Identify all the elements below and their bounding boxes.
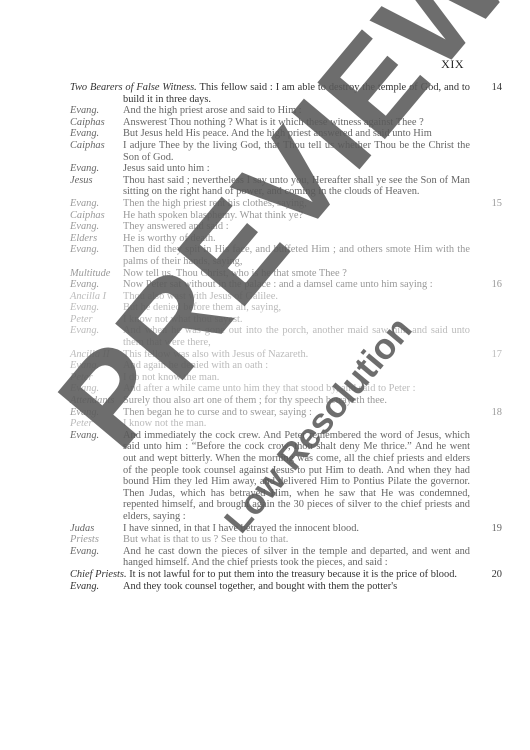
libretto-entry: Ancilla IThou also wast with Jesus of Ga… (70, 291, 470, 303)
libretto-entry: Two Bearers of False Witness. This fello… (70, 82, 470, 105)
entry-text: This fellow was also with Jesus of Nazar… (123, 349, 470, 361)
libretto-entry: Evang.And they took counsel together, an… (70, 581, 470, 593)
speaker-label: Evang. (70, 581, 123, 593)
speaker-label: Evang. (70, 407, 123, 419)
speaker-label: Elders (70, 233, 123, 245)
libretto-entry: Evang.And after a while came unto him th… (70, 383, 470, 395)
speaker-label: Peter (70, 314, 123, 326)
speaker-label: Evang. (70, 105, 123, 117)
libretto-entry: Evang.They answered and said : (70, 221, 470, 233)
libretto-text: Two Bearers of False Witness. This fello… (70, 82, 470, 592)
libretto-entry: Ancilla IIThis fellow was also with Jesu… (70, 349, 470, 361)
entry-text: And he cast down the pieces of silver in… (123, 546, 470, 569)
verse-number: 16 (492, 279, 502, 291)
entry-text: I know not what thou sayest. (123, 314, 470, 326)
entry-text: Thou hast said ; nevertheless I say unto… (123, 175, 470, 198)
libretto-entry: PriestsBut what is that to us ? See thou… (70, 534, 470, 546)
speaker-label: Attendants (70, 395, 123, 407)
speaker-label: Peter (70, 372, 123, 384)
libretto-entry: CaiphasI adjure Thee by the living God, … (70, 140, 470, 163)
entry-text: Jesus said unto him : (123, 163, 470, 175)
entry-text: And immediately the cock crew. And Peter… (123, 430, 470, 523)
speaker-label: Evang. (70, 383, 123, 395)
libretto-entry: Evang.Jesus said unto him : (70, 163, 470, 175)
speaker-label: Evang. (70, 279, 123, 291)
entry-text: Answerest Thou nothing ? What is it whic… (123, 117, 470, 129)
verse-number: 17 (492, 349, 502, 361)
libretto-entry: EldersHe is worthy of death. (70, 233, 470, 245)
speaker-label: Peter (70, 418, 123, 430)
verse-number: 20 (492, 569, 502, 581)
speaker-label: Multitude (70, 268, 123, 280)
entry-text: Then did they spit in His face, and buff… (123, 244, 470, 267)
libretto-entry: Evang.And again he denied with an oath : (70, 360, 470, 372)
entry-heading: Two Bearers of False Witness. (70, 82, 197, 93)
entry-text: He is worthy of death. (123, 233, 470, 245)
libretto-entry: Evang.And when he was gone out into the … (70, 325, 470, 348)
speaker-label: Caiphas (70, 140, 123, 163)
entry-text: Now tell us, Thou Christ, who is he that… (123, 268, 470, 280)
entry-text: And the high priest arose and said to Hi… (123, 105, 470, 117)
entry-text: And again he denied with an oath : (123, 360, 470, 372)
entry-text: They answered and said : (123, 221, 470, 233)
speaker-label: Evang. (70, 163, 123, 175)
libretto-entry: PeterI know not the man. (70, 418, 470, 430)
speaker-label: Ancilla II (70, 349, 123, 361)
libretto-entry: Chief Priests.Chief Priests. It is not l… (70, 569, 470, 581)
libretto-entry: Evang.Then began he to curse and to swea… (70, 407, 470, 419)
entry-text: He hath spoken blasphemy. What think ye? (123, 210, 470, 222)
verse-number: 19 (492, 523, 502, 535)
speaker-label: Evang. (70, 198, 123, 210)
libretto-entry: Evang.Now Peter sat without in the palac… (70, 279, 470, 291)
speaker-label: Evang. (70, 360, 123, 372)
entry-text: And they took counsel together, and boug… (123, 581, 470, 593)
entry-text: But what is that to us ? See thou to tha… (123, 534, 470, 546)
libretto-entry: Evang.But Jesus held His peace. And the … (70, 128, 470, 140)
libretto-entry: CaiphasHe hath spoken blasphemy. What th… (70, 210, 470, 222)
libretto-entry: Evang.And he cast down the pieces of sil… (70, 546, 470, 569)
speaker-label: Evang. (70, 325, 123, 348)
libretto-entry: Evang.But he denied before them all, say… (70, 302, 470, 314)
libretto-entry: JesusThou hast said ; nevertheless I say… (70, 175, 470, 198)
libretto-entry: CaiphasAnswerest Thou nothing ? What is … (70, 117, 470, 129)
entry-text: And after a while came unto him they tha… (123, 383, 470, 395)
entry-heading: Chief Priests. (70, 569, 127, 580)
page-number: XIX (441, 57, 464, 72)
entry-text: Chief Priests. It is not lawful for to p… (70, 569, 470, 581)
speaker-label: Judas (70, 523, 123, 535)
speaker-label: Evang. (70, 244, 123, 267)
entry-text: Surely thou also art one of them ; for t… (123, 395, 470, 407)
entry-text: Then the high priest rent his clothes, s… (123, 198, 470, 210)
speaker-label: Evang. (70, 430, 123, 523)
libretto-entry: PeterI know not what thou sayest. (70, 314, 470, 326)
entry-text: But Jesus held His peace. And the high p… (123, 128, 470, 140)
verse-number: 18 (492, 407, 502, 419)
entry-text: Now Peter sat without in the palace : an… (123, 279, 470, 291)
speaker-label: Ancilla I (70, 291, 123, 303)
entry-text: Thou also wast with Jesus of Galilee. (123, 291, 470, 303)
entry-text: I adjure Thee by the living God, that Th… (123, 140, 470, 163)
libretto-entry: AttendantsSurely thou also art one of th… (70, 395, 470, 407)
libretto-entry: PeterI do not know the man. (70, 372, 470, 384)
speaker-label: Priests (70, 534, 123, 546)
entry-text: I do not know the man. (123, 372, 470, 384)
libretto-entry: Evang.Then did they spit in His face, an… (70, 244, 470, 267)
speaker-label: Evang. (70, 302, 123, 314)
libretto-entry: Evang.Then the high priest rent his clot… (70, 198, 470, 210)
speaker-label: Jesus (70, 175, 123, 198)
entry-text: I know not the man. (123, 418, 470, 430)
libretto-entry: JudasI have sinned, in that I have betra… (70, 523, 470, 535)
libretto-entry: Evang.And immediately the cock crew. And… (70, 430, 470, 523)
entry-body: It is not lawful for to put them into th… (129, 569, 457, 580)
libretto-entry: Evang.And the high priest arose and said… (70, 105, 470, 117)
speaker-label: Evang. (70, 221, 123, 233)
libretto-entry: MultitudeNow tell us, Thou Christ, who i… (70, 268, 470, 280)
speaker-label: Evang. (70, 546, 123, 569)
verse-number: 15 (492, 198, 502, 210)
speaker-label: Evang. (70, 128, 123, 140)
verse-number: 14 (492, 82, 502, 94)
entry-text: I have sinned, in that I have betrayed t… (123, 523, 470, 535)
entry-text: Two Bearers of False Witness. This fello… (70, 82, 470, 105)
entry-text: But he denied before them all, saying, (123, 302, 470, 314)
entry-text: Then began he to curse and to swear, say… (123, 407, 470, 419)
entry-text: And when he was gone out into the porch,… (123, 325, 470, 348)
speaker-label: Caiphas (70, 117, 123, 129)
speaker-label: Caiphas (70, 210, 123, 222)
